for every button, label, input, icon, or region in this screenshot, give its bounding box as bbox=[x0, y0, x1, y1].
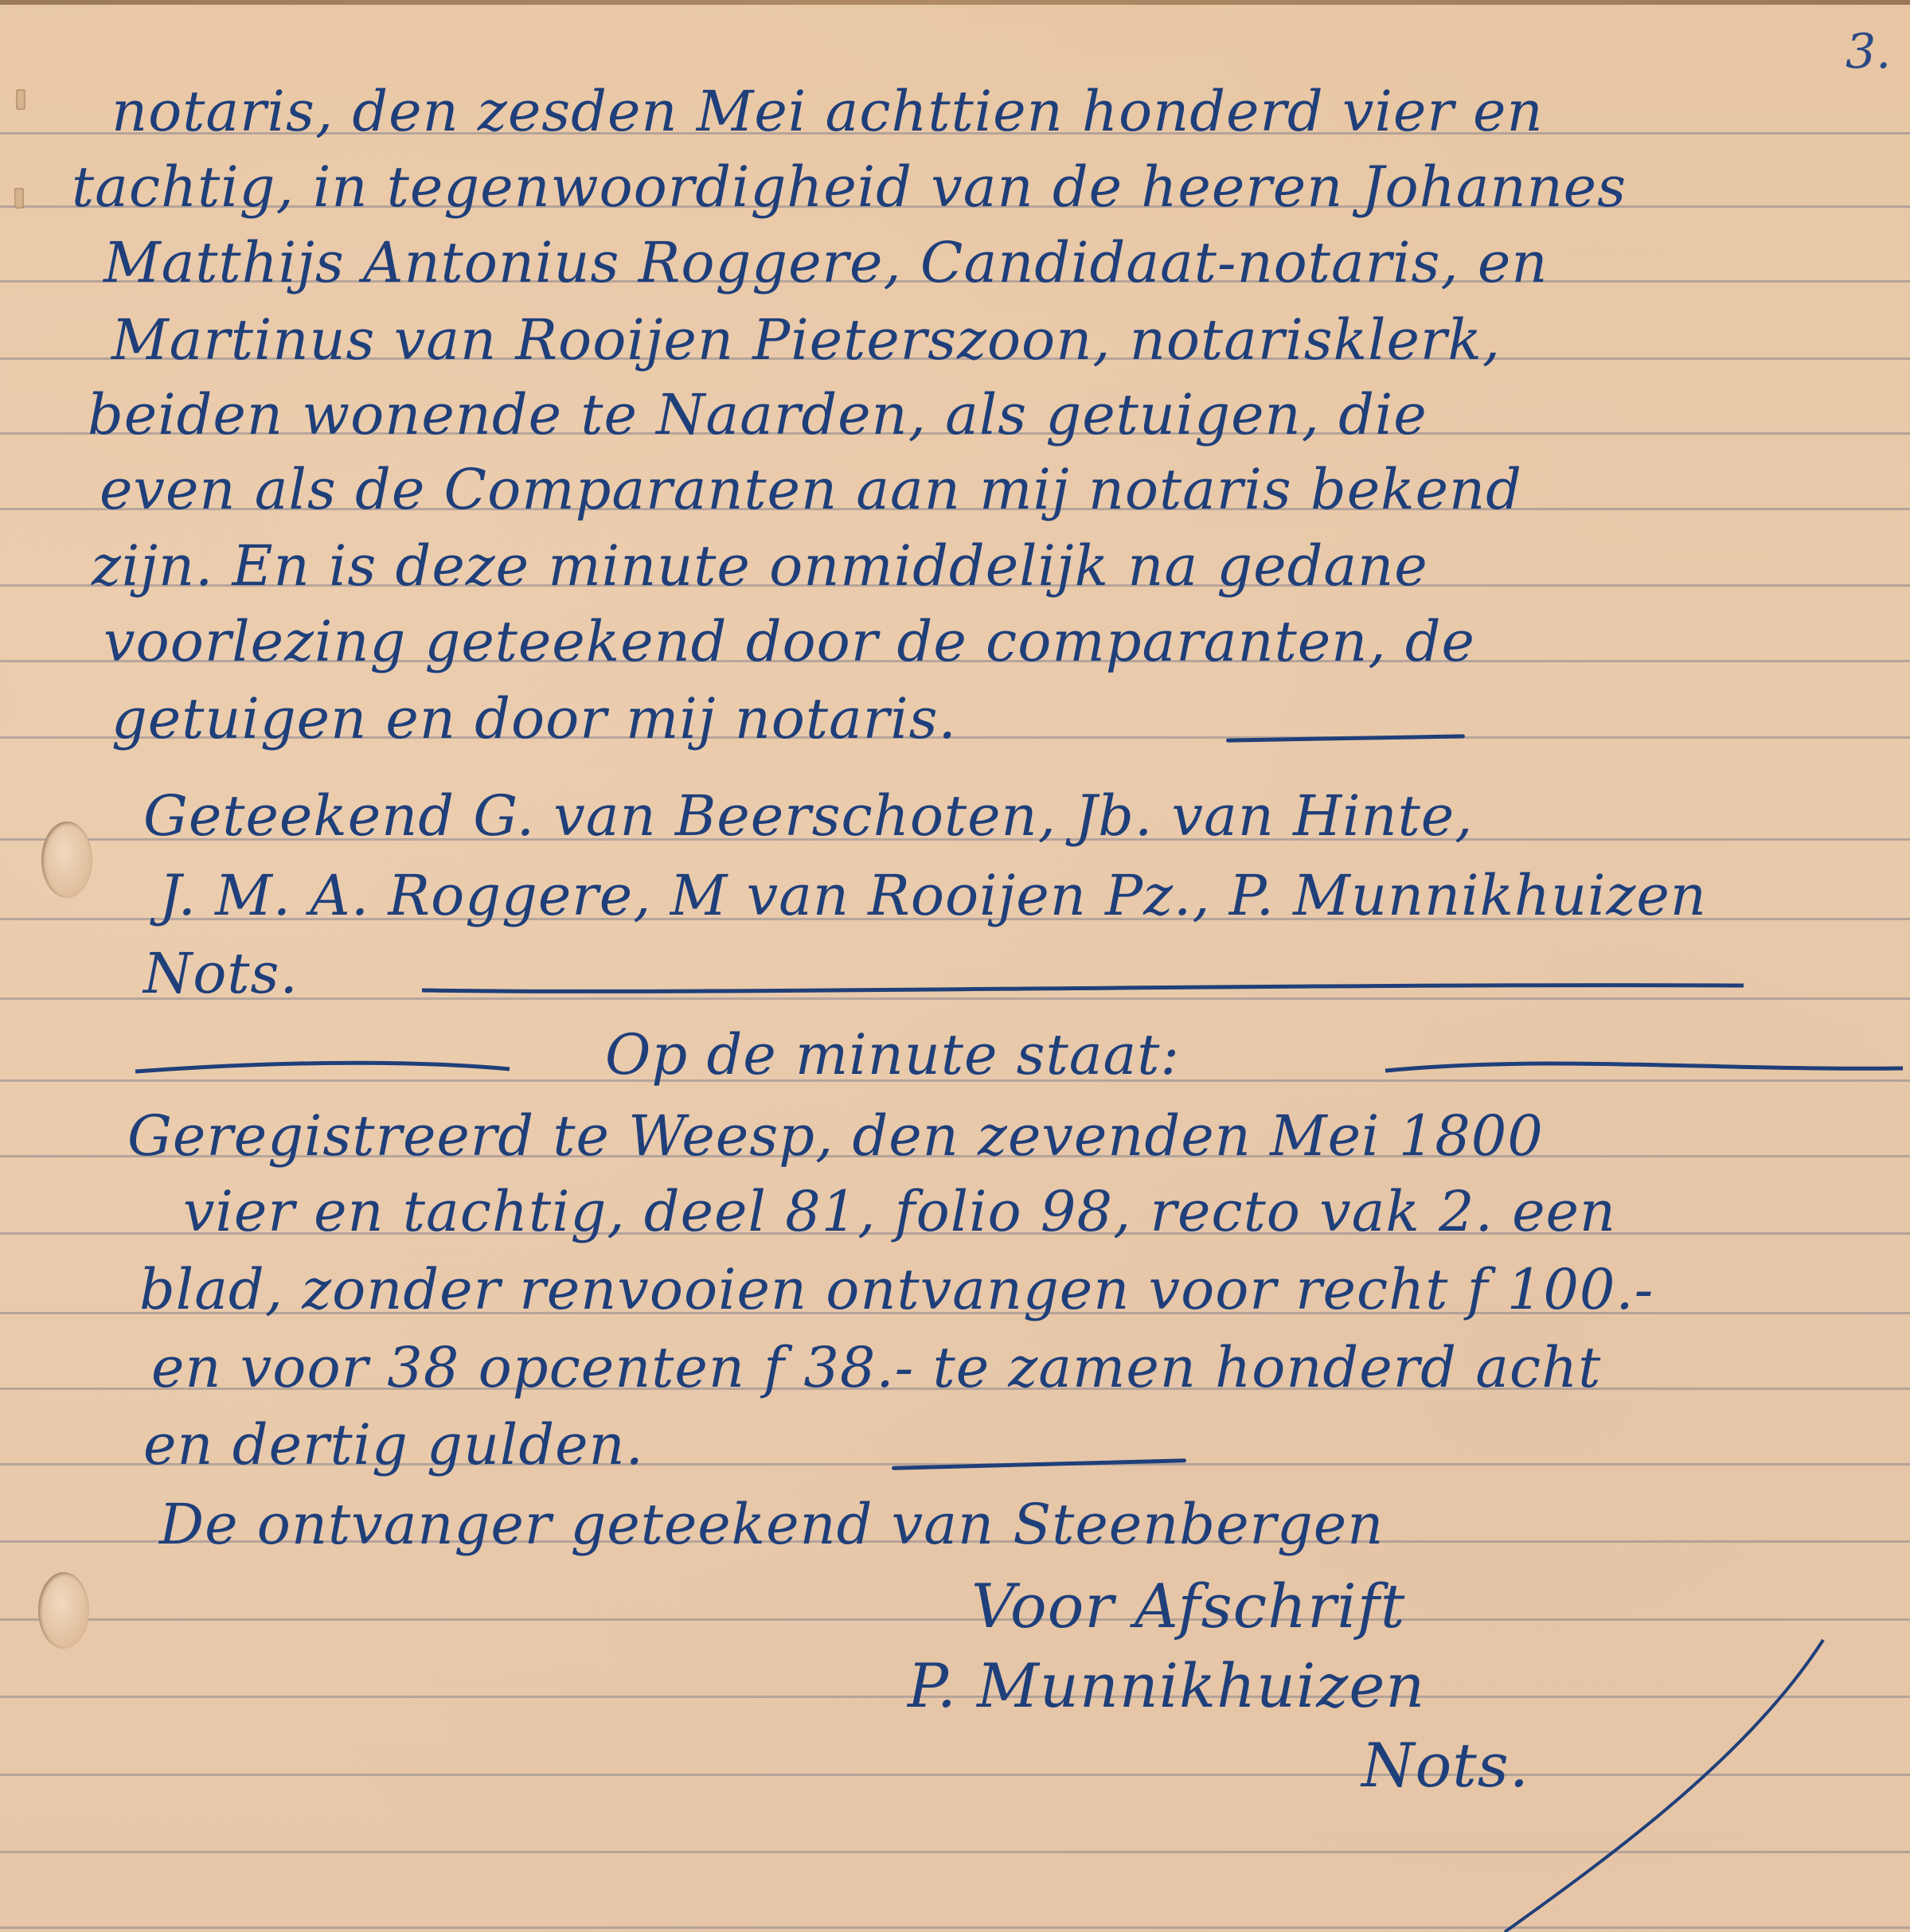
notary-title: Nots. bbox=[1361, 1735, 1529, 1796]
notary-signature: P. Munnikhuizen bbox=[908, 1656, 1425, 1716]
receiver-line: De ontvanger geteekend van Steenbergen bbox=[159, 1497, 1384, 1552]
registration-line-5: en dertig gulden. bbox=[143, 1417, 644, 1473]
registration-line-2: vier en tachtig, deel 81, folio 98, rect… bbox=[183, 1184, 1616, 1239]
minute-heading: Op de minute staat: bbox=[605, 1027, 1180, 1083]
registration-line-4: en voor 38 opcenten f 38.- te zamen hond… bbox=[151, 1340, 1601, 1395]
ink-flourishes bbox=[0, 0, 1910, 1932]
voor-afschrift: Voor Afschrift bbox=[971, 1576, 1405, 1637]
registration-line-3: blad, zonder renvooien ontvangen voor re… bbox=[139, 1262, 1654, 1317]
registration-line-1: Geregistreerd te Weesp, den zevenden Mei… bbox=[127, 1108, 1544, 1164]
